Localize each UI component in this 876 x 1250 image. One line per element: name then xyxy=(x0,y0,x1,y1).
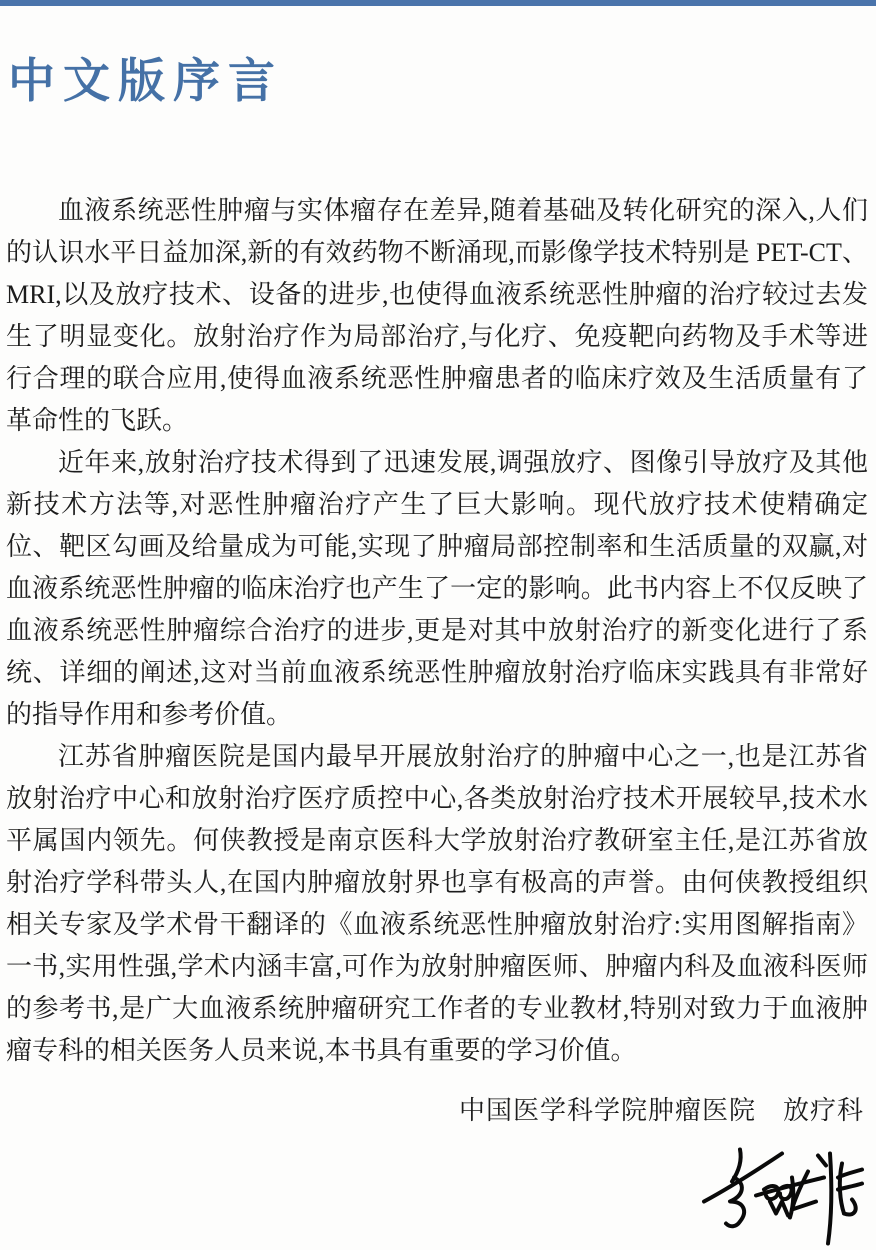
signature-ink-icon xyxy=(690,1142,876,1250)
preface-body: 血液系统恶性肿瘤与实体瘤存在差异,随着基础及转化研究的深入,人们的认识水平日益加… xyxy=(6,190,868,1072)
signature xyxy=(690,1142,876,1250)
paragraph-2: 近年来,放射治疗技术得到了迅速发展,调强放疗、图像引导放疗及其他新技术方法等,对… xyxy=(6,442,868,736)
paragraph-1: 血液系统恶性肿瘤与实体瘤存在差异,随着基础及转化研究的深入,人们的认识水平日益加… xyxy=(6,190,868,442)
page-title: 中文版序言 xyxy=(8,56,283,108)
top-accent-bar xyxy=(0,0,876,6)
attribution-line: 中国医学科学院肿瘤医院 放疗科 xyxy=(459,1090,864,1127)
paragraph-3: 江苏省肿瘤医院是国内最早开展放射治疗的肿瘤中心之一,也是江苏省放射治疗中心和放射… xyxy=(6,736,868,1072)
preface-page: 中文版序言 血液系统恶性肿瘤与实体瘤存在差异,随着基础及转化研究的深入,人们的认… xyxy=(0,0,876,1250)
